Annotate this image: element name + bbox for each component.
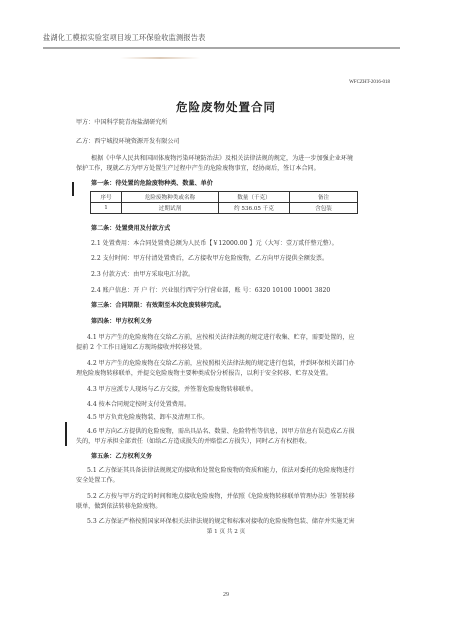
document-number: WFCZHT-2016-018 — [349, 80, 390, 85]
article4-item-3: 4.3 甲方应派专人现场与乙方交接，并签署危险废物转移联单。 — [87, 386, 257, 394]
article2-item-4: 2.4 账户信息：开 户 行：兴业银行西宁分行营业部，账 号：6320 1010… — [91, 287, 330, 295]
preamble-line-2: 保护工作，现就乙方为甲方处置生产过程中产生的危险废物事宜，经协商后，签订本合同。 — [76, 165, 320, 173]
margin-mark — [65, 422, 67, 446]
cell-index: 1 — [91, 203, 122, 214]
article3-heading: 第三条：合同期限：有效期至本次危废转移完成。 — [91, 302, 225, 310]
article4-item-1-line-2: 提前 2 个工作日通知乙方现场接收并转移处置。 — [76, 344, 206, 352]
col-header-name: 危险废物种类或名称 — [122, 192, 219, 203]
margin-mark — [72, 182, 74, 196]
document-title: 危险废物处置合同 — [0, 99, 452, 115]
report-header-title: 盐湖化工模拟实验室项目竣工环保验收监测报告表 — [43, 33, 206, 43]
col-header-remarks: 备注 — [290, 192, 358, 203]
col-header-quantity: 数量（千克） — [219, 192, 290, 203]
article5-item-2-line-2: 联单，做到依法转移危险废物。 — [76, 503, 161, 511]
col-header-index: 序号 — [91, 192, 122, 203]
article2-item-3: 2.3 付款方式：由甲方采取电汇付款。 — [91, 271, 194, 279]
article5-heading: 第五条：乙方权利义务 — [91, 453, 152, 461]
party-a: 甲方：中国科学院青海盐湖研究所 — [76, 119, 167, 127]
article2-heading: 第二条：处置费用及付款方式 — [91, 225, 170, 233]
article4-item-2-line-2: 理危险废物转移联单，并提交危险废物主要种类成份分析报告，以利于安全转移、贮存及处… — [76, 370, 332, 378]
article4-item-1-line-1: 4.1 甲方产生的危险废物在交给乙方前，应按相关法律法规的规定进行收集、贮存，需… — [87, 334, 355, 342]
article4-item-6-line-1: 4.6 甲方向乙方提供的危险废物，需出具品名、数量、危险特性等信息，因甲方信息有… — [87, 428, 355, 436]
article5-item-1-line-1: 5.1 乙方保证其具备法律法规规定的接收和处置危险废物的资质和能力，依法对委托的… — [87, 467, 355, 475]
party-b: 乙方：西宁城投环境资源开发有限公司 — [76, 138, 180, 146]
cell-quantity: 约 536.05 千克 — [219, 203, 290, 214]
article4-item-5: 4.5 甲方负责危险废物装、卸车及清理工作。 — [87, 414, 208, 422]
article4-item-2-line-1: 4.2 甲方产生的危险废物在交给乙方前，应按照相关法律法规的规定进行包装，并到环… — [87, 360, 355, 368]
article2-item-1: 2.1 处置费用：本合同处置费总额为人民币【￥12000.00 】元（大写：壹万… — [91, 240, 338, 248]
article4-heading: 第四条：甲方权利义务 — [91, 318, 152, 326]
page-number: 29 — [0, 592, 452, 598]
article5-item-3-line-1: 5.3 乙方保证严格按照国家环保相关法律法规的规定和标准对接收的危险废物包装、储… — [87, 518, 355, 526]
cell-remarks: 含包装 — [290, 203, 358, 214]
article4-item-6-line-2: 失的，甲方承担全部责任（如给乙方造成损失的并赔偿乙方损失），同时乙方有权拒收。 — [76, 438, 311, 446]
table-header-row: 序号 危险废物种类或名称 数量（千克） 备注 — [91, 192, 358, 203]
scan-artifact — [120, 57, 200, 59]
waste-table: 序号 危险废物种类或名称 数量（千克） 备注 1 过期试剂 约 536.05 千… — [90, 191, 358, 214]
article2-item-2: 2.2 支付时间：甲方付清处置费后，乙方接收甲方危险废物，乙方向甲方提供全额发票… — [91, 255, 328, 263]
table-row: 1 过期试剂 约 536.05 千克 含包装 — [91, 203, 358, 214]
article5-item-1-line-2: 安全处置工作。 — [76, 477, 119, 485]
cell-name: 过期试剂 — [122, 203, 219, 214]
article5-item-2-line-1: 5.2 乙方按与甲方约定的时间和地点接收危险废物，并依照《危险废物转移联单管理办… — [87, 493, 355, 501]
article1-heading: 第一条：待处置的危险废物种类、数量、单价 — [91, 180, 213, 188]
header-divider — [43, 47, 400, 49]
preamble-line-1: 根据《中华人民共和国固体废物污染环境防治法》及相关法律法规的规定，为进一步加强企… — [91, 155, 353, 163]
page-footer: 第 1 页 共 2 页 — [0, 527, 452, 535]
article4-item-4: 4.4 按本合同规定按时支付处置费用。 — [87, 401, 190, 409]
